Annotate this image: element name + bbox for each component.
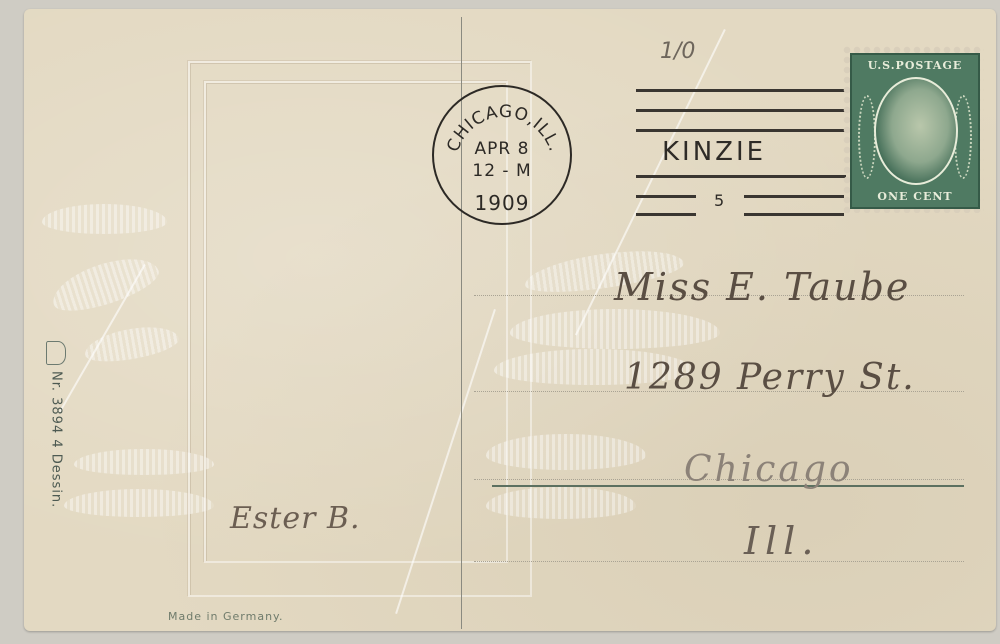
cancel-bar bbox=[636, 175, 846, 178]
stamp-bottom-text: ONE CENT bbox=[852, 190, 978, 203]
postmark-date: APR 8 bbox=[434, 139, 570, 159]
publisher-number: Nr. 3894 4 Dessin. bbox=[49, 371, 64, 508]
cancel-bar bbox=[636, 109, 846, 112]
cancel-bar bbox=[744, 213, 844, 216]
pencil-note: 1/0 bbox=[660, 39, 695, 64]
postmark: CHICAGO,ILL. APR 8 12 - M 1909 bbox=[432, 85, 572, 225]
embossed-fern bbox=[64, 489, 214, 517]
cancel-bar bbox=[744, 195, 844, 198]
address-line-1: Miss E. Taube bbox=[614, 265, 910, 309]
stamp-top-text: U.S.POSTAGE bbox=[852, 59, 978, 72]
publisher-logo-icon bbox=[46, 341, 66, 365]
cancel-bar bbox=[636, 213, 696, 216]
postmark-year: 1909 bbox=[434, 191, 570, 215]
cancel-bar bbox=[636, 89, 846, 92]
publisher-imprint: Nr. 3894 4 Dessin. bbox=[40, 341, 66, 581]
sender-signature: Ester B. bbox=[230, 501, 361, 536]
embossed-fern bbox=[510, 309, 720, 349]
cancel-bar bbox=[636, 195, 696, 198]
embossed-fern bbox=[47, 248, 164, 320]
cancel-bar bbox=[636, 129, 846, 132]
postcard: 1/0 CHICAGO,ILL. APR 8 12 - M 1909 KINZI… bbox=[24, 9, 996, 631]
cancel-number: 5 bbox=[714, 191, 724, 210]
address-line-3: Chicago bbox=[684, 449, 854, 490]
address-line-4: Ill. bbox=[744, 519, 819, 563]
postmark-time: 12 - M bbox=[434, 161, 570, 181]
embossed-fern bbox=[74, 449, 214, 475]
postage-stamp: U.S.POSTAGE ONE CENT bbox=[850, 53, 980, 209]
embossed-fern bbox=[42, 204, 167, 234]
address-rule bbox=[474, 561, 964, 562]
cancel-station: KINZIE bbox=[662, 137, 766, 167]
franklin-portrait-icon bbox=[874, 77, 958, 185]
made-in-label: Made in Germany. bbox=[168, 610, 284, 623]
embossed-fern bbox=[486, 434, 646, 470]
embossed-fern bbox=[486, 487, 636, 519]
address-line-2: 1289 Perry St. bbox=[624, 357, 916, 398]
